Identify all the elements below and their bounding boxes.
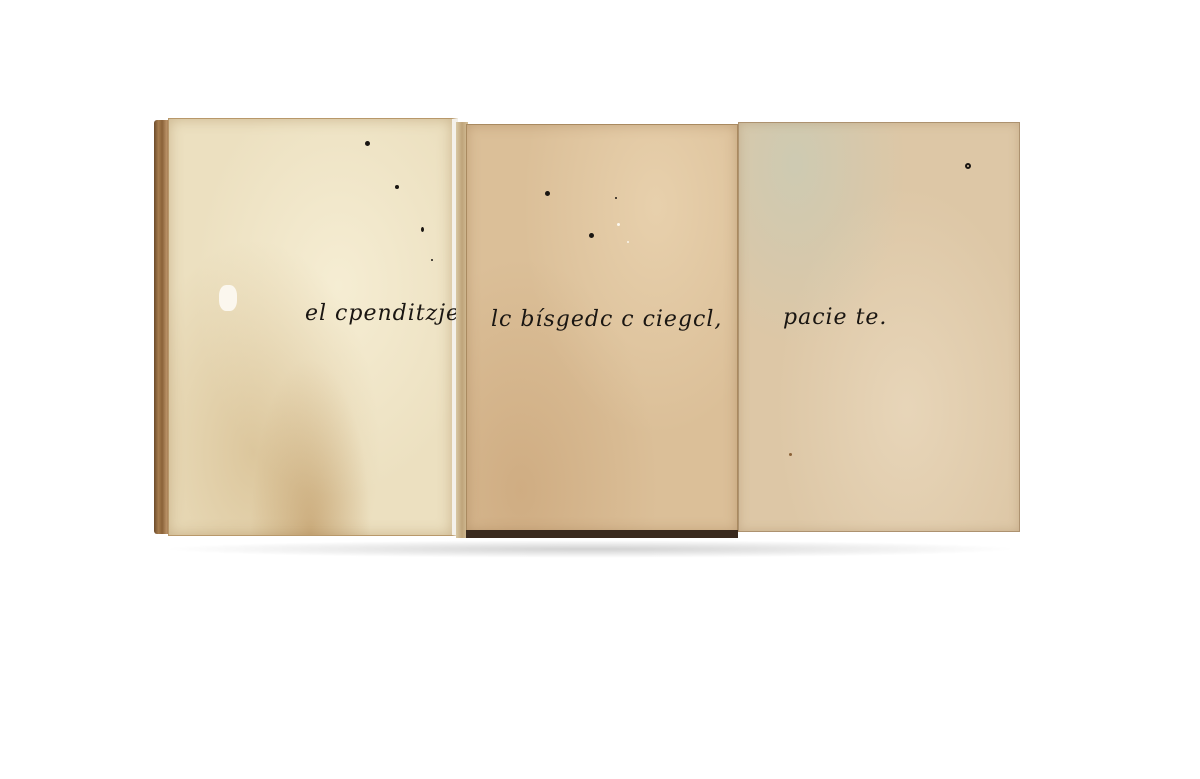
white-speck: [617, 223, 620, 226]
white-speck: [627, 241, 629, 243]
ink-speck: [431, 259, 433, 261]
open-book: el cpenditzje, lc bísgedc c ciegcl, paci…: [154, 116, 1024, 556]
ink-speck: [365, 141, 370, 146]
handwriting-left: el cpenditzje,: [305, 301, 468, 326]
ink-speck: [615, 197, 617, 199]
ink-speck: [395, 185, 399, 189]
handwriting-right: pacie te.: [783, 305, 887, 330]
stain-dot: [789, 453, 792, 456]
page-middle: lc bísgedc c ciegcl,: [466, 124, 738, 532]
ink-ring: [965, 163, 971, 169]
white-stain: [219, 285, 237, 311]
ink-speck: [421, 227, 424, 232]
page-right: pacie te.: [738, 122, 1020, 532]
cover-edge: [466, 530, 738, 538]
ink-speck: [589, 233, 594, 238]
ink-speck: [545, 191, 550, 196]
handwriting-middle: lc bísgedc c ciegcl,: [491, 307, 722, 332]
page-left: el cpenditzje,: [168, 118, 458, 536]
